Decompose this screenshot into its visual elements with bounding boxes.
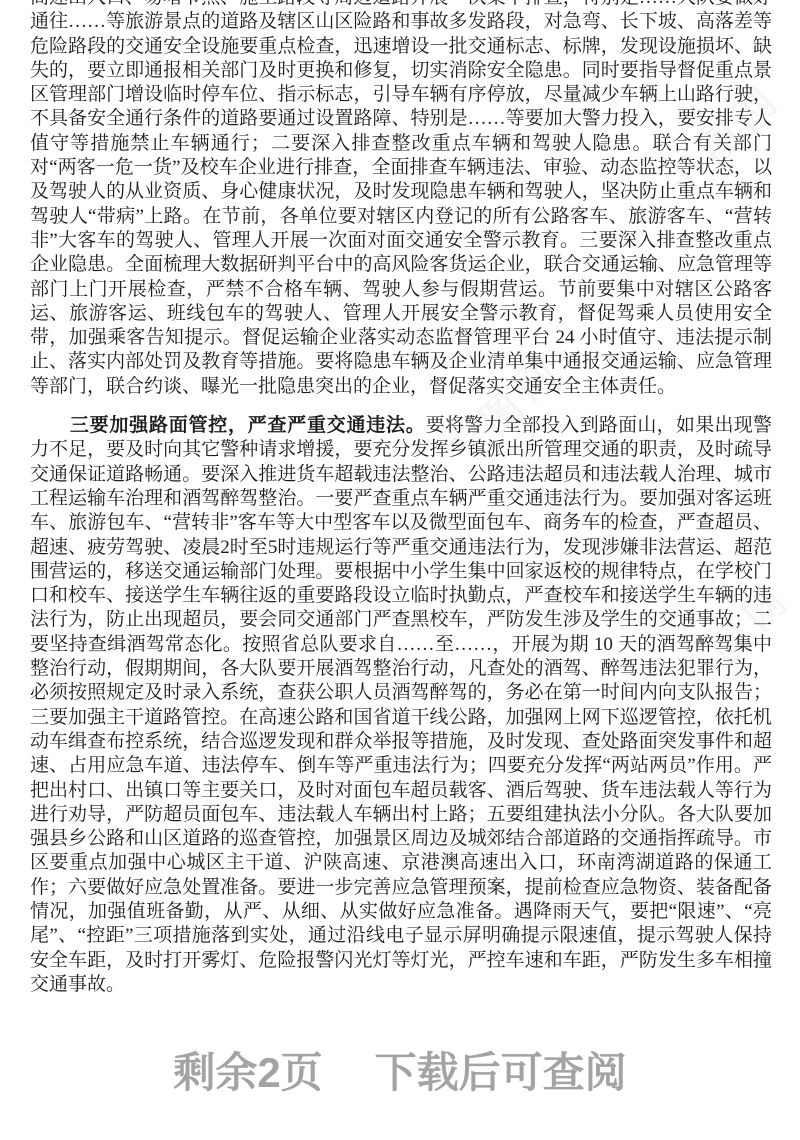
document-page: 千图网 千图网 千图网 高速出入口、易堵节点、施工路段等周边道路开展一次集中排查… <box>0 0 800 1140</box>
paragraph-continuation: 高速出入口、易堵节点、施工路段等周边道路开展一次集中排查，特别是……大队要做好通… <box>30 0 772 399</box>
section-lead-bold: 三要加强路面管控，严查严重交通违法。 <box>70 415 426 436</box>
paragraph-text: 要将警力全部投入到路面山，如果出现警力不足，要及时向其它警种请求增援，要充分发挥… <box>30 415 772 995</box>
paragraph-section-three: 三要加强路面管控，严查严重交通违法。要将警力全部投入到路面山，如果出现警力不足，… <box>30 414 772 997</box>
paragraph-text: 高速出入口、易堵节点、施工路段等周边道路开展一次集中排查，特别是……大队要做好通… <box>30 0 772 397</box>
document-body: 高速出入口、易堵节点、施工路段等周边道路开展一次集中排查，特别是……大队要做好通… <box>30 0 772 997</box>
remaining-pages-label: 剩余2页 <box>173 1040 322 1100</box>
download-prompt: 剩余2页下载后可查阅 <box>0 1040 800 1100</box>
download-hint-label: 下载后可查阅 <box>375 1049 627 1096</box>
